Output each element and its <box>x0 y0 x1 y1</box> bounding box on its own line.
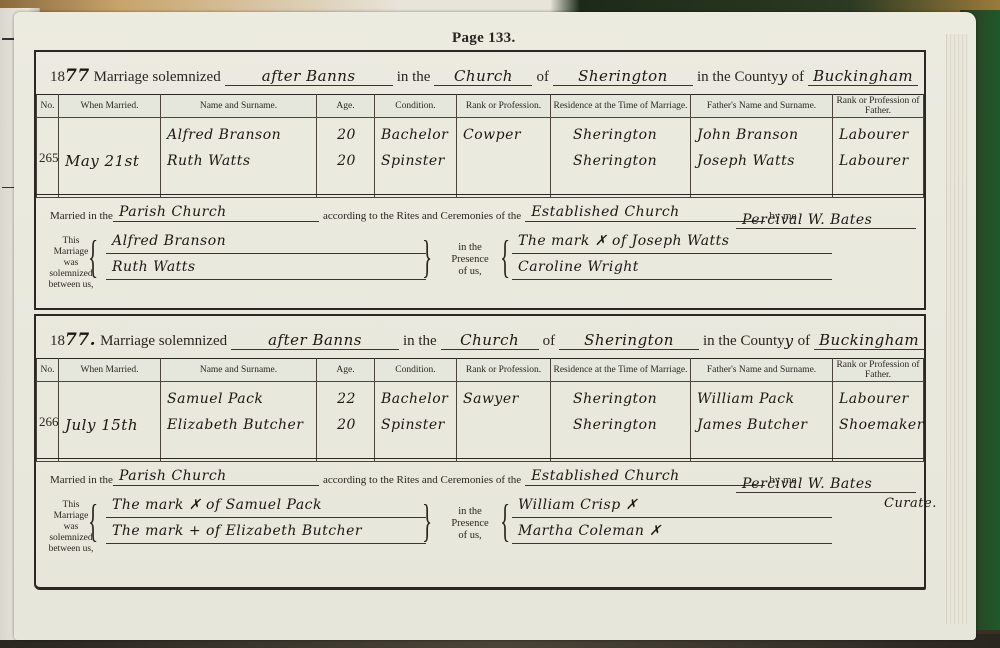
column-headers: No.When Married.Name and Surname.Age.Con… <box>37 95 924 118</box>
entry-title-row: 1877 Marriage solemnized after Banns in … <box>36 52 924 94</box>
bride-age: 20 <box>323 150 370 176</box>
column-header: No. <box>37 359 59 382</box>
label-marriage-solemnized: Marriage solemnized <box>100 333 227 350</box>
names-cell: Samuel PackElizabeth Butcher <box>161 382 317 462</box>
label-according-to: according to the Rites and Ceremonies of… <box>323 474 521 486</box>
witness-signature-1: William Crisp ✗ <box>512 494 832 518</box>
bride-name: Elizabeth Butcher <box>167 414 312 440</box>
signature-block: This Marriagewassolemnizedbetween us, { … <box>36 494 924 558</box>
parish-name: Sherington <box>553 67 693 86</box>
brace-left: { <box>88 234 98 280</box>
column-header: No. <box>37 95 59 118</box>
father-cell: John BransonJoseph Watts <box>691 118 833 198</box>
officiant-signature: Percival W. Bates <box>736 212 916 229</box>
table-row: 266 July 15th Samuel PackElizabeth Butch… <box>37 382 924 462</box>
groom-age: 20 <box>323 124 370 150</box>
party-signature-2: Ruth Watts <box>106 256 426 280</box>
bride-father-rank: Shoemaker <box>839 414 919 440</box>
bride-condition: Spinster <box>381 414 452 440</box>
groom-age: 22 <box>323 388 370 414</box>
column-header: Name and Surname. <box>161 95 317 118</box>
rank-cell: Cowper <box>457 118 551 198</box>
label-county-of: of <box>792 69 805 86</box>
bride-rank <box>463 150 546 176</box>
brace-witness: { <box>500 234 510 280</box>
witness-signature-2: Caroline Wright <box>512 256 832 280</box>
label-married-in: Married in the <box>50 474 113 486</box>
page-number: Page 133. <box>452 30 516 47</box>
column-header: Rank or Profession of Father. <box>833 359 924 382</box>
groom-residence: Sherington <box>573 124 686 150</box>
solemnized-method: after Banns <box>225 67 393 86</box>
column-header: Rank or Profession of Father. <box>833 95 924 118</box>
groom-father: John Branson <box>697 124 828 150</box>
label-of: of <box>543 333 556 350</box>
groom-father-rank: Labourer <box>839 124 919 150</box>
father-rank-cell: LabourerShoemaker <box>833 382 924 462</box>
county-suffix-handwritten: y <box>779 68 788 86</box>
entry-title-row: 1877. Marriage solemnized after Banns in… <box>36 316 924 358</box>
label-in-presence: in thePresenceof us, <box>442 506 498 542</box>
groom-name: Alfred Branson <box>167 124 312 150</box>
column-header: Rank or Profession. <box>457 95 551 118</box>
column-header: Rank or Profession. <box>457 359 551 382</box>
register-table: No.When Married.Name and Surname.Age.Con… <box>36 94 924 198</box>
groom-residence: Sherington <box>573 388 686 414</box>
brace-right: } <box>422 498 432 544</box>
bride-name: Ruth Watts <box>167 150 312 176</box>
party-signature-2: The mark + of Elizabeth Butcher <box>106 520 426 544</box>
building-type: Church <box>434 67 532 86</box>
register-page: Page 133. 1877 Marriage solemnized after… <box>14 12 976 640</box>
when-married: July 15th <box>59 382 161 462</box>
bride-condition: Spinster <box>381 150 452 176</box>
groom-rank: Sawyer <box>463 388 546 414</box>
bride-residence: Sherington <box>573 414 686 440</box>
groom-rank: Cowper <box>463 124 546 150</box>
marriage-entry: 1877. Marriage solemnized after Banns in… <box>34 314 926 590</box>
year-printed: 18 <box>50 333 65 350</box>
column-header: Name and Surname. <box>161 359 317 382</box>
married-in-place: Parish Church <box>113 467 319 486</box>
label-married-in: Married in the <box>50 210 113 222</box>
label-in-presence: in thePresenceof us, <box>442 242 498 278</box>
county-name: Buckingham <box>808 67 918 86</box>
witness-signature-2: Martha Coleman ✗ <box>512 520 832 544</box>
table-row: 265 May 21st Alfred BransonRuth Watts 20… <box>37 118 924 198</box>
label-county-of: of <box>798 333 811 350</box>
groom-condition: Bachelor <box>381 388 452 414</box>
bride-age: 20 <box>323 414 370 440</box>
condition-cell: BachelorSpinster <box>375 118 457 198</box>
officiant-signature: Percival W. Bates <box>736 476 916 493</box>
label-county: in the County <box>703 333 785 350</box>
residence-cell: SheringtonSherington <box>551 118 691 198</box>
bride-father-rank: Labourer <box>839 150 919 176</box>
groom-father: William Pack <box>697 388 828 414</box>
father-cell: William PackJames Butcher <box>691 382 833 462</box>
column-header: Condition. <box>375 359 457 382</box>
column-headers: No.When Married.Name and Surname.Age.Con… <box>37 359 924 382</box>
column-header: When Married. <box>59 359 161 382</box>
groom-condition: Bachelor <box>381 124 452 150</box>
rites-of: Established Church <box>525 203 765 222</box>
year-handwritten: 77 <box>65 66 90 86</box>
register-table: No.When Married.Name and Surname.Age.Con… <box>36 358 924 462</box>
when-married: May 21st <box>59 118 161 198</box>
witness-signature-1: The mark ✗ of Joseph Watts <box>512 230 832 254</box>
label-in-the: in the <box>397 69 431 86</box>
rank-cell: Sawyer <box>457 382 551 462</box>
brace-right: } <box>422 234 432 280</box>
residence-cell: SheringtonSherington <box>551 382 691 462</box>
entry-number: 265 <box>37 118 59 198</box>
signature-block: This Marriagewassolemnizedbetween us, { … <box>36 230 924 294</box>
bride-father: Joseph Watts <box>697 150 828 176</box>
entry-number: 266 <box>37 382 59 462</box>
label-county: in the County <box>697 69 779 86</box>
names-cell: Alfred BransonRuth Watts <box>161 118 317 198</box>
bride-father: James Butcher <box>697 414 828 440</box>
bride-rank <box>463 414 546 440</box>
column-header: Father's Name and Surname. <box>691 359 833 382</box>
solemnized-method: after Banns <box>231 331 399 350</box>
year-handwritten: 77. <box>65 330 96 350</box>
married-in-place: Parish Church <box>113 203 319 222</box>
groom-name: Samuel Pack <box>167 388 312 414</box>
column-header: Residence at the Time of Marriage. <box>551 359 691 382</box>
parish-name: Sherington <box>559 331 699 350</box>
groom-father-rank: Labourer <box>839 388 919 414</box>
brace-witness: { <box>500 498 510 544</box>
age-cell: 2020 <box>317 118 375 198</box>
label-in-the: in the <box>403 333 437 350</box>
county-suffix-handwritten: y <box>785 332 794 350</box>
party-signature-1: Alfred Branson <box>106 230 426 254</box>
bride-residence: Sherington <box>573 150 686 176</box>
brace-left: { <box>88 498 98 544</box>
column-header: Condition. <box>375 95 457 118</box>
father-rank-cell: LabourerLabourer <box>833 118 924 198</box>
label-of: of <box>536 69 549 86</box>
column-header: When Married. <box>59 95 161 118</box>
party-signature-1: The mark ✗ of Samuel Pack <box>106 494 426 518</box>
age-cell: 2220 <box>317 382 375 462</box>
page-edges <box>946 34 968 624</box>
marriage-entry: 1877 Marriage solemnized after Banns in … <box>34 50 926 310</box>
rites-of: Established Church <box>525 467 765 486</box>
building-type: Church <box>441 331 539 350</box>
label-according-to: according to the Rites and Ceremonies of… <box>323 210 521 222</box>
label-marriage-solemnized: Marriage solemnized <box>94 69 221 86</box>
column-header: Age. <box>317 95 375 118</box>
column-header: Father's Name and Surname. <box>691 95 833 118</box>
column-header: Residence at the Time of Marriage. <box>551 95 691 118</box>
year-printed: 18 <box>50 69 65 86</box>
condition-cell: BachelorSpinster <box>375 382 457 462</box>
column-header: Age. <box>317 359 375 382</box>
county-name: Buckingham <box>814 331 924 350</box>
